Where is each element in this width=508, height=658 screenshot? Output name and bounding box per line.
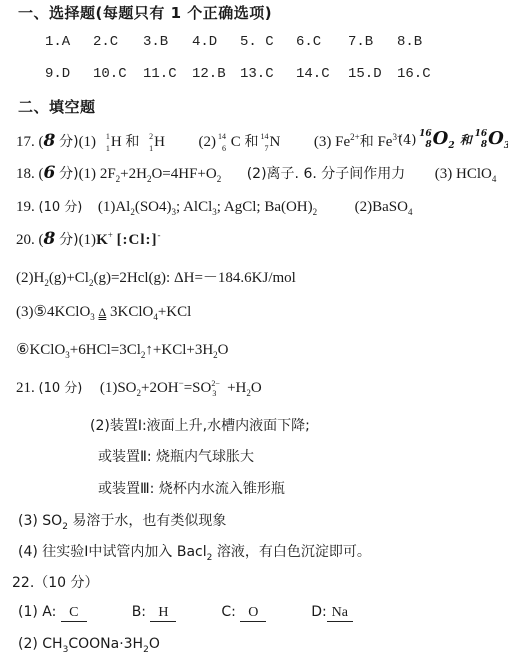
mc-answer: 7.B bbox=[348, 34, 373, 50]
isotope-h1: 11 bbox=[100, 134, 110, 152]
answer-b: H bbox=[150, 605, 176, 622]
q17-part3-label: (3) bbox=[314, 134, 332, 150]
answer-c: O bbox=[240, 605, 266, 622]
q22-part1-label: (1) A: bbox=[18, 604, 56, 620]
q20-score-handwritten: 8 bbox=[44, 229, 56, 249]
mc-answer: 3.B bbox=[143, 34, 168, 50]
q21-part4: (4) 往实验Ⅰ中试管内加入 Bacl2 溶液，有白色沉淀即可。 bbox=[18, 541, 371, 561]
element-symbol: N bbox=[270, 134, 281, 150]
q21-part3: (3) SO2 易溶于水，也有类似现象 bbox=[18, 510, 226, 530]
charge: 2+ bbox=[350, 132, 360, 142]
element-symbol: H bbox=[154, 134, 165, 150]
q22-part1: (1) A: C B: H C: O D:Na bbox=[18, 604, 353, 622]
mc-answer: 15.D bbox=[348, 66, 382, 82]
q17-part4-label: (4) bbox=[398, 133, 416, 148]
conj-and: 和 bbox=[125, 134, 139, 150]
answer-a: C bbox=[61, 605, 87, 622]
conj-and: 和 bbox=[245, 134, 259, 150]
chloride-lewis-structure: [:Cl:] bbox=[117, 232, 158, 249]
q20-part1-label: (1) bbox=[79, 232, 97, 248]
mc-answer: 5. C bbox=[240, 34, 274, 50]
isotope-n14: 147 bbox=[259, 134, 269, 152]
element-symbol: H bbox=[111, 134, 122, 150]
q20-part2: (2)H2(g)+Cl2(g)=2Hcl(g): ΔH=－184.6KJ/mol bbox=[16, 266, 296, 287]
q21-line1: 21. (10 分) (1)SO2+2OH−=SO2−3 +H2O bbox=[16, 377, 262, 397]
q19-score: (10 分) bbox=[39, 200, 83, 215]
answer-d: Na bbox=[327, 605, 353, 622]
mc-answer: 4.D bbox=[192, 34, 217, 50]
q20-line1: 20. (8 分)(1)K+ [:Cl:]- bbox=[16, 229, 161, 249]
q20-number: 20. bbox=[16, 232, 35, 248]
element-symbol: C bbox=[231, 134, 241, 150]
q20-score-label: 分) bbox=[59, 232, 78, 248]
q19-number: 19. bbox=[16, 199, 35, 215]
mc-answer: 9.D bbox=[45, 66, 70, 82]
q18-part1-label: (1) bbox=[79, 166, 97, 182]
q19-line: 19. (10 分) (1)Al2(SO4)3; AlCl3; AgCl; Ba… bbox=[16, 196, 412, 216]
isotope-o16: 168 bbox=[422, 131, 432, 149]
q17-score-label: 分) bbox=[59, 134, 78, 150]
mc-answer: 1.A bbox=[45, 34, 70, 50]
q21-part2-line3: 或装置Ⅲ: 烧杯内水流入锥形瓶 bbox=[98, 478, 285, 498]
mc-answer: 6.C bbox=[296, 34, 321, 50]
q17-part1-label: (1) bbox=[79, 134, 97, 150]
mc-answer: 14.C bbox=[296, 66, 330, 82]
element-symbol: Fe bbox=[335, 134, 350, 150]
conj-and: 和 bbox=[460, 133, 472, 147]
conj-and: 和 bbox=[360, 134, 374, 150]
isotope-h2: 21 bbox=[143, 134, 153, 152]
q20-part4: ⑥KClO3+6HCl=3Cl2↑+KCl+3H2O bbox=[16, 340, 229, 359]
q17-number: 17. bbox=[16, 134, 35, 150]
mc-answer: 12.B bbox=[192, 66, 226, 82]
mc-answer: 10.C bbox=[93, 66, 127, 82]
q18-part2: (2)离子. 6. 分子间作用力 bbox=[247, 166, 406, 182]
q20-part3: (3)⑤4KClO3 Δ 3KClO4+KCl bbox=[16, 302, 191, 321]
mc-answer: 16.C bbox=[397, 66, 431, 82]
q18-score-handwritten: 6 bbox=[44, 163, 56, 183]
mc-answer: 2.C bbox=[93, 34, 118, 50]
q19-part2: (2)BaSO bbox=[355, 199, 408, 215]
mc-answer: 11.C bbox=[143, 66, 177, 82]
q17-part2-label: (2) bbox=[199, 134, 217, 150]
q17-part4-handwritten: (4) 168O2 和 168O3 bbox=[398, 128, 508, 149]
equation-part: 2F bbox=[96, 166, 116, 182]
q18-number: 18. bbox=[16, 166, 35, 182]
q18-part3: (3) HClO bbox=[435, 166, 492, 182]
q21-part2-line1: (2)装置Ⅰ:液面上升,水槽内液面下降; bbox=[90, 415, 310, 435]
isotope-o16: 168 bbox=[477, 131, 487, 149]
element-symbol: Fe bbox=[377, 134, 392, 150]
q21-part2-line2: 或装置Ⅱ: 烧瓶内气球胀大 bbox=[98, 446, 254, 466]
heating-condition: Δ bbox=[99, 305, 107, 320]
potassium-ion: K bbox=[96, 232, 108, 248]
q22-part2: (2) CH3COONa·3H2O bbox=[18, 636, 160, 652]
q22-heading: 22.（10 分） bbox=[12, 572, 99, 592]
q21-number: 21. bbox=[16, 380, 35, 396]
mc-answer: 13.C bbox=[240, 66, 274, 82]
q17-score-handwritten: 8 bbox=[44, 131, 56, 151]
q18-score-label: 分) bbox=[59, 166, 78, 182]
section2-title: 二、填空题 bbox=[18, 96, 96, 117]
section1-title: 一、选择题(每题只有 1 个正确选项) bbox=[18, 2, 272, 23]
isotope-c14: 146 bbox=[216, 134, 226, 152]
mc-answer: 8.B bbox=[397, 34, 422, 50]
q21-score: (10 分) bbox=[39, 381, 83, 396]
q18-line: 18. (6 分)(1) 2F2+2H2O=4HF+O2 (2)离子. 6. 分… bbox=[16, 163, 496, 183]
q19-part1-label: (1) bbox=[98, 199, 116, 215]
q17-line: 17. (8 分)(1) 11H 和 21H (2)146 C 和147N (3… bbox=[16, 131, 402, 152]
